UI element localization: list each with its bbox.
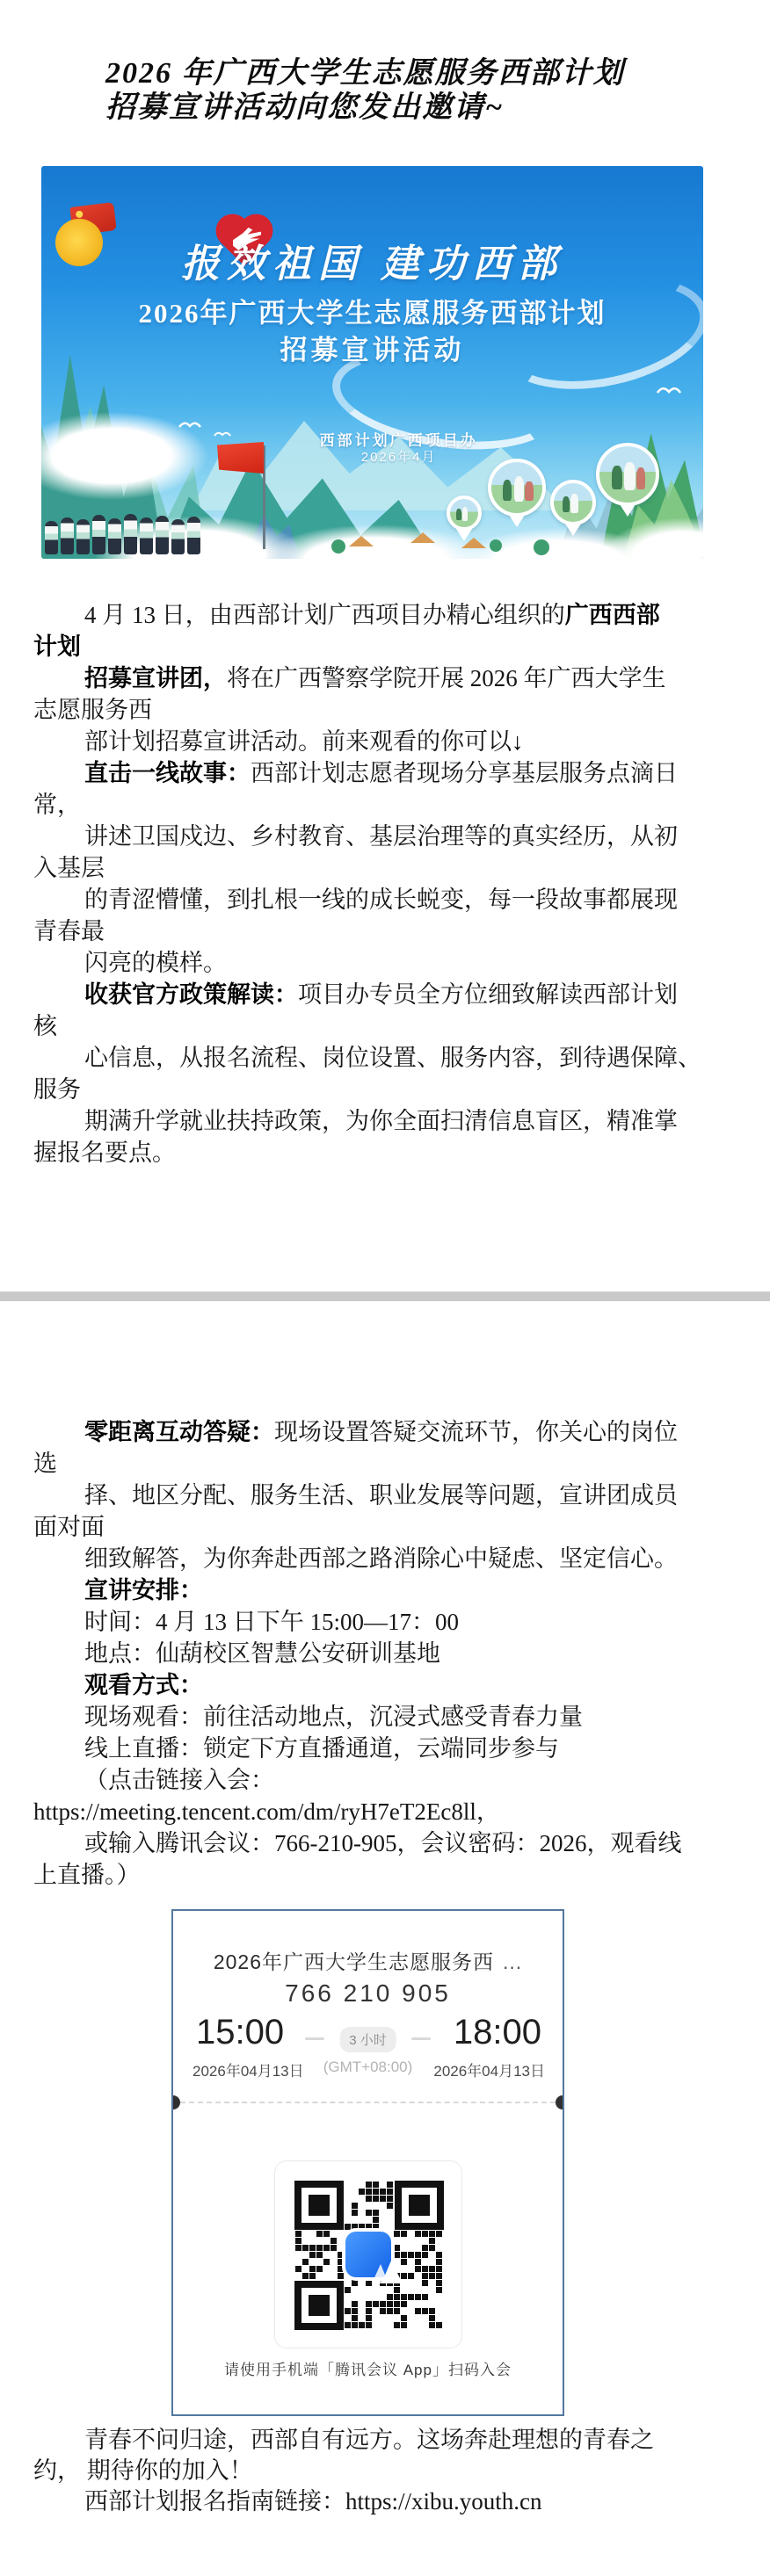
bush bbox=[331, 539, 345, 554]
text-line: 收获官方政策解读：项目办专员全方位细致解读西部计划 bbox=[33, 979, 737, 1010]
ticket-notch bbox=[171, 2095, 180, 2109]
timezone-label: (GMT+08:00) bbox=[323, 2059, 413, 2076]
meeting-link[interactable]: https://meeting.tencent.com/dm/ryH7eT2Ec… bbox=[33, 1796, 737, 1827]
text-line: 期满升学就业扶持政策，为你全面扫清信息盲区，精准掌 bbox=[33, 1105, 737, 1137]
volunteer-figure bbox=[140, 517, 153, 554]
page-title-line2: 招募宣讲活动向您发出邀请~ bbox=[105, 90, 625, 125]
bird-icon bbox=[178, 419, 201, 430]
village-roof bbox=[410, 532, 435, 543]
text-line: （点击链接入会： bbox=[33, 1764, 737, 1796]
text-line: 时间：4 月 13 日下午 15:00—17：00 bbox=[33, 1606, 737, 1638]
village-roof bbox=[349, 536, 374, 546]
volunteer-figure bbox=[156, 516, 169, 554]
volunteer-figure bbox=[45, 521, 58, 554]
text-line: 讲述卫国戍边、乡村教育、基层治理等的真实经历，从初 bbox=[33, 821, 737, 852]
text-line: 宣讲安排： bbox=[33, 1574, 737, 1606]
volunteer-figure bbox=[124, 514, 137, 554]
text-line: 志愿服务西 bbox=[33, 694, 737, 726]
qr-caption: 请使用手机端「腾讯会议 App」扫码入会 bbox=[173, 2357, 563, 2379]
body-paragraphs-page1: 4 月 13 日，由西部计划广西项目办精心组织的广西西部 计划 招募宣讲团，将在… bbox=[33, 599, 737, 1169]
bird-icon bbox=[657, 384, 681, 395]
page-title-line1: 2026 年广西大学生志愿服务西部计划 bbox=[105, 56, 625, 90]
text-line: 或输入腾讯会议：766-210-905，会议密码：2026，观看线 bbox=[33, 1827, 737, 1859]
ticket-notch bbox=[556, 2095, 564, 2109]
vignette-pin bbox=[447, 496, 482, 531]
text-line: 选 bbox=[33, 1448, 737, 1480]
vignette-pin bbox=[550, 480, 596, 525]
text-line: 面对面 bbox=[33, 1511, 737, 1543]
meeting-id: 766 210 905 bbox=[173, 1979, 563, 2008]
volunteer-figure bbox=[61, 517, 74, 554]
dash bbox=[305, 2037, 324, 2040]
end-date: 2026年04月13日 bbox=[433, 2059, 545, 2080]
document-page: 2026 年广西大学生志愿服务西部计划 招募宣讲活动向您发出邀请~ 报效祖国 建 bbox=[0, 0, 770, 2576]
text-line: 观看方式： bbox=[33, 1669, 737, 1701]
qr-code bbox=[274, 2160, 462, 2348]
bush bbox=[534, 539, 549, 555]
volunteer-figure bbox=[171, 519, 185, 554]
volunteer-figure bbox=[108, 518, 121, 554]
dash bbox=[411, 2037, 431, 2040]
text-line: 细致解答，为你奔赴西部之路消除心中疑虑、坚定信心。 bbox=[33, 1543, 737, 1574]
ticket-perforation bbox=[180, 2102, 556, 2103]
text-line: 握报名要点。 bbox=[33, 1137, 737, 1169]
text-line: 择、地区分配、服务生活、职业发展等问题，宣讲团成员 bbox=[33, 1480, 737, 1511]
bird-icon bbox=[214, 430, 231, 438]
banner-slogan: 报效祖国 建功西部 bbox=[41, 243, 703, 286]
text-line: 的青涩懵懂，到扎根一线的成长蜕变，每一段故事都展现 bbox=[33, 884, 737, 915]
end-time: 18:00 bbox=[454, 2013, 541, 2052]
text-line: 现场观看：前往活动地点，沉浸式感受青春力量 bbox=[33, 1701, 737, 1733]
text-line: 部计划招募宣讲活动。前来观看的你可以↓ bbox=[33, 726, 737, 757]
start-date: 2026年04月13日 bbox=[192, 2059, 304, 2080]
text-line: 闪亮的模样。 bbox=[33, 947, 737, 979]
text-line: 约， 期待你的加入！ bbox=[33, 2456, 737, 2486]
text-line: 4 月 13 日，由西部计划广西项目办精心组织的广西西部 bbox=[33, 599, 737, 631]
text-line: 心信息，从报名流程、岗位设置、服务内容，到待遇保障、 bbox=[33, 1042, 737, 1074]
footer-paragraph: 青春不问归途，西部自有远方。这场奔赴理想的青春之 约， 期待你的加入！ 西部计划… bbox=[33, 2425, 737, 2517]
text-line: 服务 bbox=[33, 1074, 737, 1105]
volunteer-figure bbox=[92, 515, 105, 554]
down-arrow-icon: ↓ bbox=[512, 728, 524, 755]
meeting-invite-card: 2026年广西大学生志愿服务西... 766 210 905 15:00 18:… bbox=[171, 1909, 564, 2416]
ellipsis: ... bbox=[503, 1950, 522, 1973]
text-line: 零距离互动答疑：现场设置答疑交流环节，你关心的岗位 bbox=[33, 1416, 737, 1448]
start-time: 15:00 bbox=[196, 2013, 284, 2052]
banner-title: 2026年广西大学生志愿服务西部计划 bbox=[41, 298, 703, 329]
text-line: 招募宣讲团，将在广西警察学院开展 2026 年广西大学生 bbox=[33, 662, 737, 694]
volunteer-figure bbox=[187, 517, 200, 554]
text-line: 线上直播：锁定下方直播通道，云端同步参与 bbox=[33, 1733, 737, 1764]
page-break-divider bbox=[0, 1292, 770, 1301]
tencent-meeting-logo-icon bbox=[345, 2232, 391, 2277]
page-title: 2026 年广西大学生志愿服务西部计划 招募宣讲活动向您发出邀请~ bbox=[105, 56, 625, 125]
meeting-title: 2026年广西大学生志愿服务西... bbox=[173, 1946, 563, 1975]
text-line: 核 bbox=[33, 1010, 737, 1042]
volunteer-figure bbox=[76, 519, 90, 554]
text-line: 青春最 bbox=[33, 915, 737, 947]
text-line: 上直播。） bbox=[33, 1859, 737, 1891]
text-line: 常， bbox=[33, 789, 737, 821]
banner-subtitle: 招募宣讲活动 bbox=[41, 336, 703, 365]
banner-date: 2026年4月 bbox=[361, 447, 437, 466]
text-line: 计划 bbox=[33, 631, 737, 662]
banner-image: 报效祖国 建功西部 2026年广西大学生志愿服务西部计划 招募宣讲活动 西部计划… bbox=[41, 166, 703, 559]
duration-badge: 3 小时 bbox=[339, 2027, 396, 2052]
vignette-pin bbox=[488, 459, 546, 517]
text-line: 入基层 bbox=[33, 852, 737, 884]
text-line: 青春不问归途，西部自有远方。这场奔赴理想的青春之 bbox=[33, 2425, 737, 2456]
vignette-pin bbox=[596, 443, 659, 506]
text-line: 地点：仙葫校区智慧公安研训基地 bbox=[33, 1638, 737, 1669]
signup-link[interactable]: https://xibu.youth.cn bbox=[345, 2488, 542, 2514]
red-flag-icon bbox=[217, 442, 264, 474]
text-line: 西部计划报名指南链接：https://xibu.youth.cn bbox=[33, 2486, 737, 2517]
bush bbox=[490, 539, 502, 552]
body-paragraphs-page2: 零距离互动答疑：现场设置答疑交流环节，你关心的岗位 选 择、地区分配、服务生活、… bbox=[33, 1416, 737, 1891]
text-line: 直击一线故事：西部计划志愿者现场分享基层服务点滴日 bbox=[33, 757, 737, 789]
village-roof bbox=[461, 538, 486, 548]
